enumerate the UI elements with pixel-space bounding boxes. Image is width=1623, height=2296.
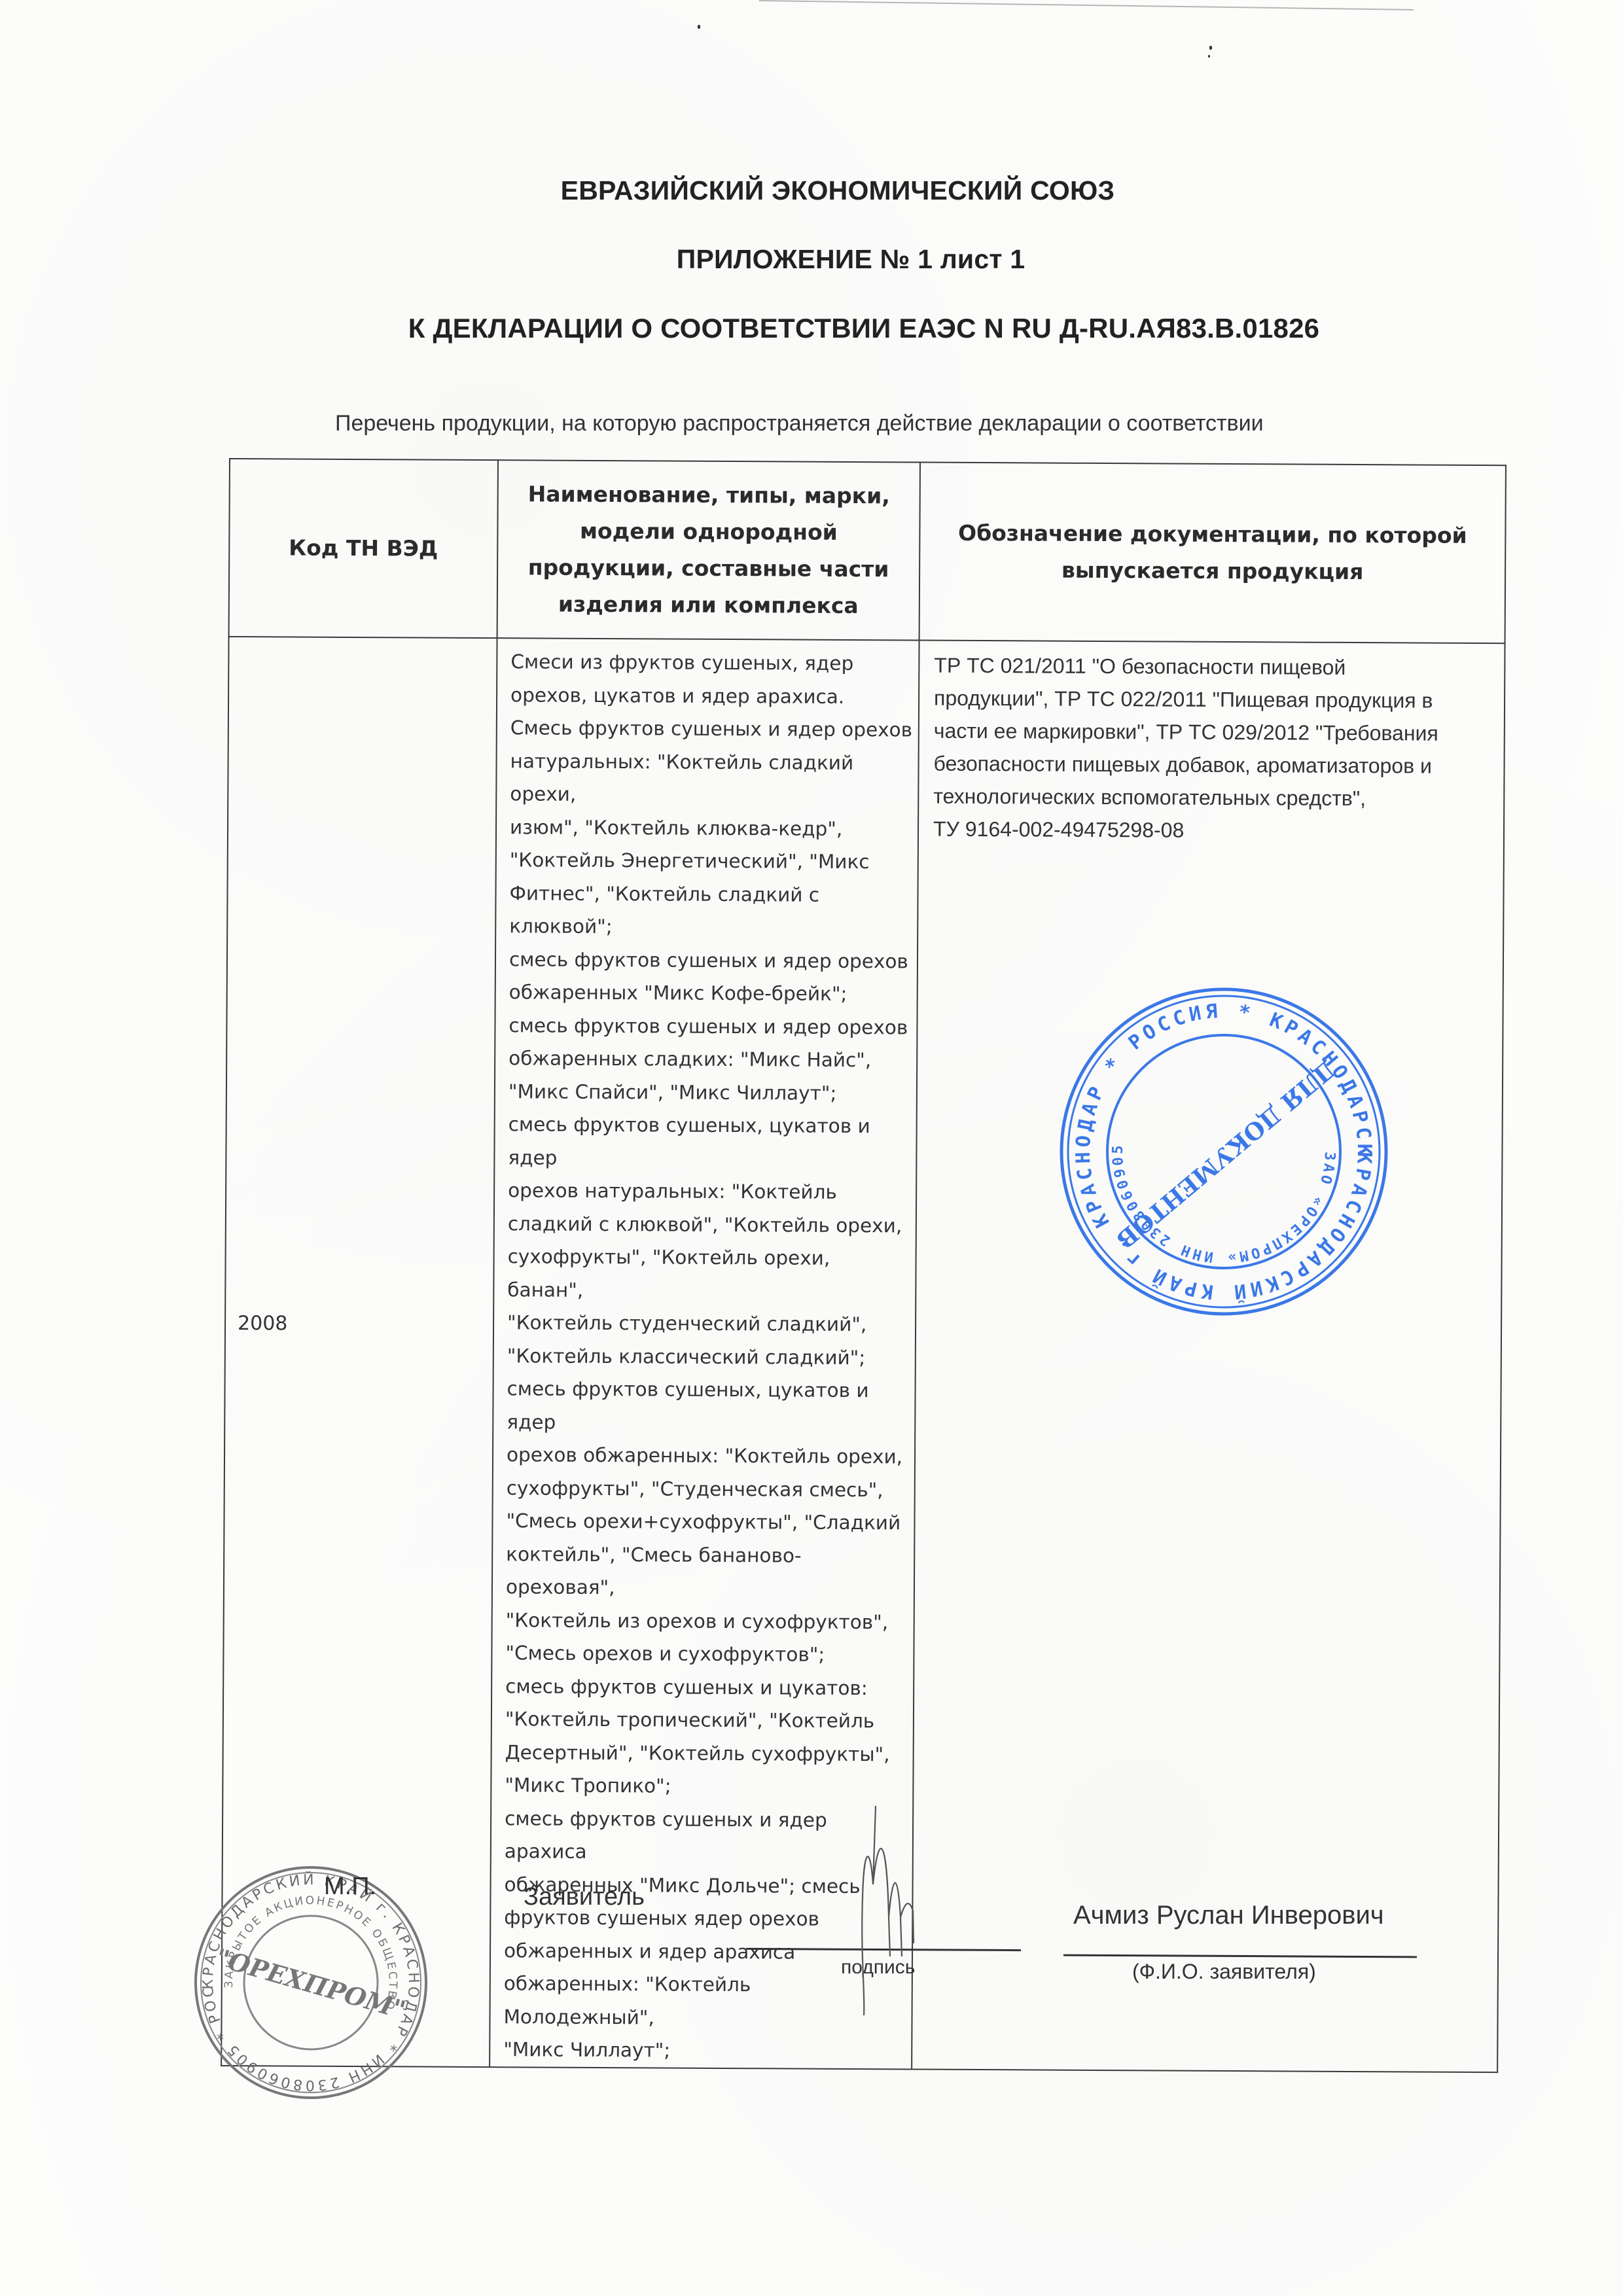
documentation-line: ТР ТС 021/2011 "О безопасности пищевой (934, 649, 1497, 685)
scan-speck (1209, 46, 1212, 50)
applicant-name: Ачмиз Руслан Инверович (1073, 1901, 1384, 1930)
product-line: обжаренных сладких: "Микс Найс", (508, 1042, 912, 1077)
product-line: "Смесь орехи+сухофрукты", "Сладкий (506, 1504, 910, 1540)
product-line: Фитнес", "Коктейль сладкий с (509, 877, 913, 912)
heading-declaration: К ДЕКЛАРАЦИИ О СООТВЕТСТВИИ ЕАЭС N RU Д-… (52, 313, 1623, 344)
documentation-line: технологических вспомогательных средств"… (933, 780, 1497, 816)
name-caption: (Ф.И.О. заявителя) (1132, 1960, 1316, 1984)
product-line: "Микс Спайси", "Микс Чиллаут"; (508, 1075, 912, 1110)
grey-stamp-center-text: "ОРЕХПРОМ" (212, 1943, 408, 2025)
applicant-label: Заявитель (524, 1883, 645, 1911)
product-line: "Коктейль тропический", "Коктейль (505, 1703, 909, 1738)
product-line: "Коктейль из орехов и сухофруктов", (506, 1604, 910, 1639)
product-line: коктейль", "Смесь бананово-ореховая", (506, 1538, 910, 1606)
product-line: орехов, цукатов и ядер арахиса. (510, 679, 914, 714)
tn-ved-code: 2008 (226, 1312, 493, 1336)
product-line: смесь фруктов сушеных и цукатов: (505, 1670, 909, 1705)
blue-company-stamp: КРАСНОДАРСКИЙ КРАЙ г. КРАСНОДАР * РОССИЯ… (1057, 985, 1391, 1318)
documentation-line: части ее маркировки", ТР ТС 029/2012 "Тр… (934, 715, 1497, 751)
cell-code: 2008 (221, 637, 497, 2067)
product-line: сухофрукты", "Студенческая смесь", (507, 1472, 910, 1507)
product-line: смесь фруктов сушеных и ядер орехов (508, 1009, 912, 1044)
product-line: "Микс Тропико"; (505, 1769, 908, 1804)
product-line: натуральных: "Коктейль сладкий орехи, (510, 745, 914, 813)
product-line: "Микс Чиллаут"; (503, 2033, 907, 2068)
scan-edge-line (759, 0, 1414, 10)
product-line: "Коктейль студенческий сладкий", (507, 1306, 911, 1341)
product-line: смесь фруктов сушеных и ядер орехов (509, 943, 913, 978)
product-line: Смесь фруктов сушеных и ядер орехов (510, 711, 914, 747)
product-list-subtitle: Перечень продукции, на которую распростр… (335, 411, 1448, 436)
header-product-name: Наименование, типы, марки, модели одноро… (497, 460, 920, 640)
documentation-list: ТР ТС 021/2011 "О безопасности пищевойпр… (919, 641, 1505, 849)
documentation-line: ТУ 9164-002-49475298-08 (933, 813, 1497, 849)
scan-speck (1208, 55, 1210, 58)
product-line: "Смесь орехов и сухофруктов"; (505, 1636, 909, 1672)
product-line: сладкий с клюквой", "Коктейль орехи, (508, 1207, 912, 1243)
heading-appendix: ПРИЛОЖЕНИЕ № 1 лист 1 (39, 244, 1623, 275)
header-code: Код ТН ВЭД (229, 459, 498, 638)
product-line: смесь фруктов сушеных, цукатов и ядер (508, 1108, 912, 1176)
heading-union: ЕВРАЗИЙСКИЙ ЭКОНОМИЧЕСКИЙ СОЮЗ (26, 175, 1623, 206)
product-line: изюм", "Коктейль клюква-кедр", (510, 811, 914, 846)
grey-company-stamp: КРАСНОДАРСКИЙ КРАЙ г. КРАСНОДАР * ИНН 23… (185, 1857, 437, 2108)
product-line: орехов натуральных: "Коктейль (508, 1174, 912, 1209)
handwritten-signature (825, 1806, 955, 2022)
product-line: Десертный", "Коктейль сухофрукты", (505, 1736, 909, 1771)
product-line: орехов обжаренных: "Коктейль орехи, (507, 1438, 910, 1474)
scan-speck (698, 25, 700, 29)
header-documentation: Обозначение документации, по которой вып… (919, 463, 1506, 644)
product-line: Смеси из фруктов сушеных, ядер (510, 645, 914, 680)
product-line: смесь фруктов сушеных, цукатов и ядер (507, 1372, 911, 1440)
documentation-line: безопасности пищевых добавок, ароматизат… (933, 747, 1497, 783)
documentation-line: продукции", ТР ТС 022/2011 "Пищевая прод… (934, 682, 1497, 718)
product-line: "Коктейль классический сладкий"; (507, 1339, 911, 1375)
product-line: "Коктейль Энергетический", "Микс (510, 843, 914, 879)
cell-documentation: ТР ТС 021/2011 "О безопасности пищевойпр… (912, 641, 1505, 2072)
product-line: клюквой"; (509, 910, 913, 945)
seal-label: М.П. (324, 1873, 376, 1901)
product-line: сухофрукты", "Коктейль орехи, банан", (507, 1240, 912, 1308)
table-header-row: Код ТН ВЭД Наименование, типы, марки, мо… (229, 459, 1506, 643)
product-line: обжаренных "Микс Кофе-брейк"; (509, 976, 913, 1011)
